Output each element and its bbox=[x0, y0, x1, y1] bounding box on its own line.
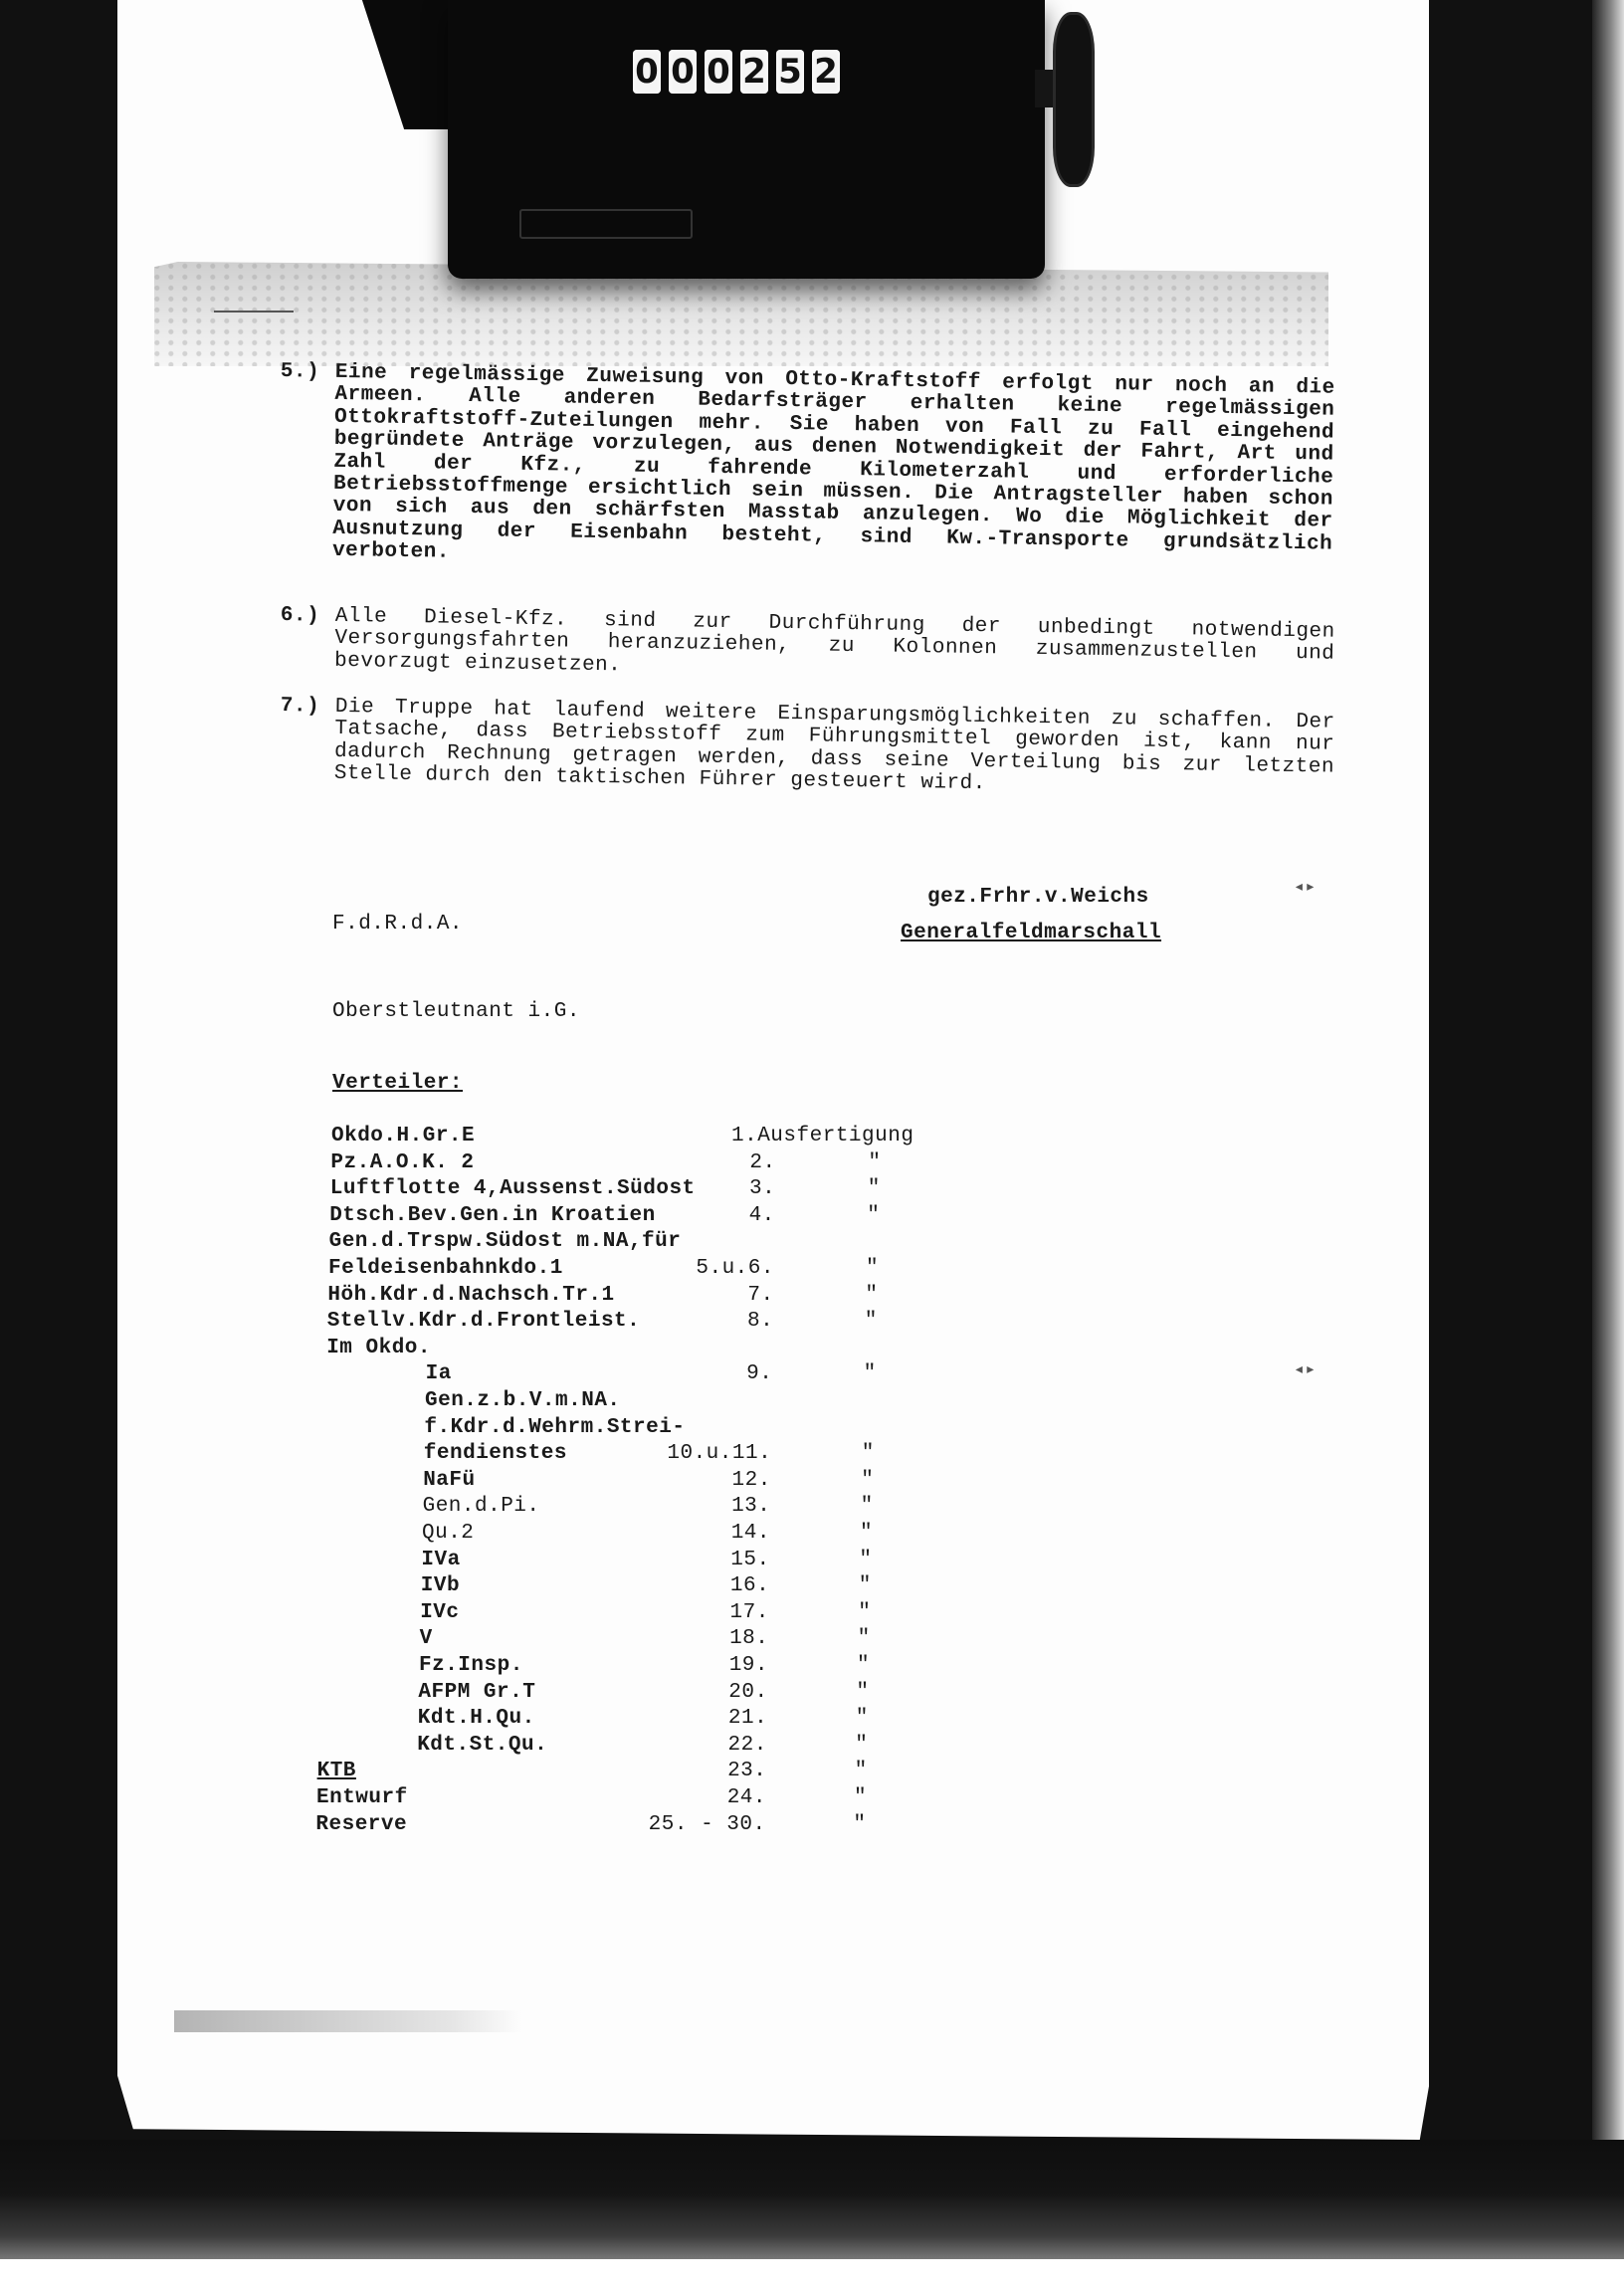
copy-number: 4. bbox=[596, 1204, 775, 1227]
recipient: Fz.Insp. bbox=[419, 1654, 523, 1677]
recipient: KTB bbox=[317, 1760, 356, 1782]
copy-number: 17. bbox=[590, 1601, 769, 1624]
signed-by: gez.Frhr.v.Weichs bbox=[927, 886, 1149, 909]
recipient: V bbox=[420, 1627, 433, 1650]
copy-number: 25. - 30. bbox=[587, 1813, 766, 1836]
ditto-mark: " bbox=[859, 1574, 872, 1597]
ditto-mark: " bbox=[865, 1310, 878, 1333]
recipient: Kdt.St.Qu. bbox=[417, 1734, 547, 1757]
copy-number: 14. bbox=[591, 1522, 770, 1545]
distribution-heading: Verteiler: bbox=[332, 1072, 463, 1095]
copy-number: 3. bbox=[596, 1177, 775, 1200]
recipient: Pz.A.O.K. 2 bbox=[330, 1151, 474, 1174]
recipient: Gen.z.b.V.m.NA. bbox=[425, 1389, 621, 1412]
ditto-mark: " bbox=[866, 1257, 879, 1280]
certifying-officer: Oberstleutnant i.G. bbox=[332, 1000, 580, 1023]
copy-number: 18. bbox=[589, 1627, 768, 1650]
recipient: Entwurf bbox=[316, 1786, 408, 1809]
copy-number: 20. bbox=[589, 1681, 768, 1704]
recipient: Reserve bbox=[315, 1813, 407, 1836]
certification-note: F.d.R.d.A. bbox=[332, 913, 463, 936]
ditto-mark: " bbox=[859, 1549, 872, 1571]
recipient: NaFü bbox=[423, 1469, 475, 1492]
ditto-mark: " bbox=[861, 1495, 874, 1518]
copy-number: 21. bbox=[588, 1707, 767, 1730]
ditto-mark: " bbox=[867, 1204, 880, 1227]
copy-number: 15. bbox=[591, 1549, 770, 1571]
recipient: Gen.d.Trspw.Südost m.NA,für bbox=[329, 1230, 682, 1253]
paragraph-number: 6.) bbox=[281, 605, 320, 628]
edge-mark: ◂▸ bbox=[1294, 1358, 1317, 1380]
ditto-mark: " bbox=[856, 1681, 869, 1704]
paragraph-number: 7.) bbox=[281, 696, 320, 719]
copy-number: 9. bbox=[593, 1362, 772, 1385]
ditto-mark: " bbox=[860, 1522, 873, 1545]
ditto-mark: " bbox=[855, 1734, 868, 1757]
recipient: AFPM Gr.T bbox=[418, 1681, 535, 1704]
ditto-mark: " bbox=[862, 1442, 875, 1465]
copy-number: 10.u.11. bbox=[592, 1442, 771, 1465]
recipient: IVa bbox=[421, 1549, 460, 1571]
recipient: Stellv.Kdr.d.Frontleist. bbox=[327, 1310, 640, 1333]
copy-number: 1.Ausfertigung bbox=[731, 1125, 990, 1147]
copy-number: 22. bbox=[588, 1734, 767, 1757]
copy-number: 12. bbox=[592, 1469, 771, 1492]
copy-number: 2. bbox=[597, 1151, 776, 1174]
recipient: Ia bbox=[426, 1362, 452, 1385]
ditto-mark: " bbox=[855, 1760, 868, 1782]
copy-number: 7. bbox=[595, 1284, 774, 1307]
copy-number: 23. bbox=[587, 1760, 766, 1782]
typed-text: 5.) Eine regelmässige Zuweisung von Otto… bbox=[0, 0, 1624, 2293]
recipient: Im Okdo. bbox=[326, 1337, 431, 1359]
ditto-mark: " bbox=[857, 1654, 870, 1677]
ditto-mark: " bbox=[853, 1813, 866, 1836]
signer-rank: Generalfeldmarschall bbox=[901, 922, 1161, 944]
paragraph-6: 6.) Alle Diesel-Kfz. sind zur Durchführu… bbox=[280, 605, 1335, 689]
recipient: fendienstes bbox=[424, 1442, 567, 1465]
paragraph-text: Alle Diesel-Kfz. sind zur Durchführung d… bbox=[334, 606, 1335, 689]
ditto-mark: " bbox=[858, 1601, 871, 1624]
copy-number: 24. bbox=[587, 1786, 766, 1809]
ditto-mark: " bbox=[854, 1786, 867, 1809]
recipient: f.Kdr.d.Wehrm.Strei- bbox=[424, 1416, 685, 1439]
recipient: Okdo.H.Gr.E bbox=[331, 1125, 475, 1147]
copy-number: 8. bbox=[594, 1310, 773, 1333]
ditto-mark: " bbox=[868, 1151, 881, 1174]
ditto-mark: " bbox=[858, 1627, 871, 1650]
recipient: Höh.Kdr.d.Nachsch.Tr.1 bbox=[327, 1284, 614, 1307]
edge-mark: ◂▸ bbox=[1294, 876, 1317, 898]
recipient: IVc bbox=[420, 1601, 459, 1624]
recipient: Kdt.H.Qu. bbox=[418, 1707, 535, 1730]
recipient: Gen.d.Pi. bbox=[423, 1495, 540, 1518]
recipient: IVb bbox=[421, 1574, 460, 1597]
copy-number: 19. bbox=[589, 1654, 768, 1677]
paragraph-text: Eine regelmässige Zuweisung von Otto-Kra… bbox=[332, 362, 1335, 578]
recipient: Qu.2 bbox=[422, 1522, 474, 1545]
copy-number: 5.u.6. bbox=[595, 1257, 774, 1280]
ditto-mark: " bbox=[864, 1362, 877, 1385]
ditto-mark: " bbox=[856, 1707, 869, 1730]
paragraph-number: 5.) bbox=[281, 361, 320, 384]
paragraph-7: 7.) Die Truppe hat laufend weitere Einsp… bbox=[280, 696, 1335, 801]
recipient: Feldeisenbahnkdo.1 bbox=[328, 1257, 563, 1280]
paragraph-5: 5.) Eine regelmässige Zuweisung von Otto… bbox=[278, 361, 1335, 578]
ditto-mark: " bbox=[868, 1177, 881, 1200]
ditto-mark: " bbox=[861, 1469, 874, 1492]
copy-number: 13. bbox=[591, 1495, 770, 1518]
paragraph-text: Die Truppe hat laufend weitere Einsparun… bbox=[334, 697, 1335, 801]
copy-number: 16. bbox=[590, 1574, 769, 1597]
ditto-mark: " bbox=[865, 1284, 878, 1307]
